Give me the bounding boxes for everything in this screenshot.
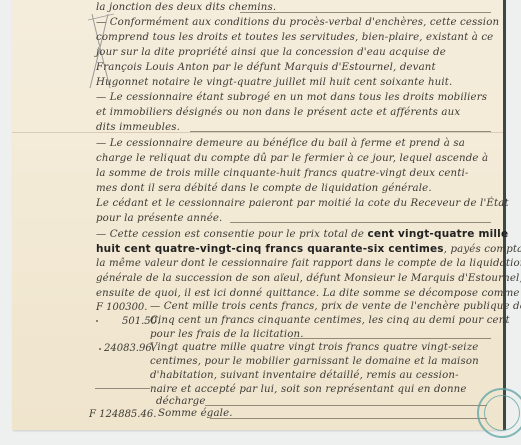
- fill-rule: [190, 131, 491, 132]
- bullet-dot: [99, 348, 101, 350]
- text-line: comprend tous les droits et toutes les s…: [96, 30, 495, 46]
- fill-rule: [290, 338, 491, 339]
- text-line: Le cédant et le cessionnaire paieront pa…: [96, 196, 495, 212]
- text-line: pour la présente année.: [96, 211, 495, 227]
- text-line: la somme de trois mille cinquante-huit f…: [96, 166, 495, 182]
- amount-value: 24083.96.: [104, 343, 155, 354]
- text-line: dits immeubles.: [96, 120, 495, 136]
- text-line: mes dont il sera débité dans le compte d…: [96, 181, 495, 197]
- bullet-dot: [96, 320, 98, 322]
- amount-value: F 100300.: [96, 302, 147, 313]
- text-line: — Cette cession est consentie pour le pr…: [96, 226, 495, 242]
- text-line: — Le cessionnaire demeure au bénéfice du…: [96, 136, 495, 152]
- price-text: huit cent quatre-vingt-cinq francs quara…: [96, 243, 444, 255]
- text-line: François Louis Anton par le défunt Marqu…: [96, 60, 495, 76]
- price-text: cent vingt-quatre mille: [367, 228, 508, 240]
- total-amount: F 124885.46.: [89, 409, 156, 420]
- fill-rule: [230, 222, 491, 223]
- text-line: jour sur la dite propriété ainsi que la …: [96, 45, 495, 61]
- text-line: — Le cessionnaire étant subrogé en un mo…: [96, 90, 495, 106]
- text-line: la même valeur dont le cessionnaire fait…: [96, 256, 495, 272]
- text-segment: — Cette cession est consentie pour le pr…: [96, 229, 367, 240]
- fill-rule: [240, 12, 491, 13]
- text-line: charge le reliquat du compte dû par le f…: [96, 151, 495, 167]
- text-line: — Conformément aux conditions du procès-…: [96, 15, 495, 31]
- fill-rule: [210, 418, 487, 419]
- text-segment: , payés comptant par: [444, 244, 521, 255]
- text-line: huit cent quatre-vingt-cinq francs quara…: [96, 241, 495, 257]
- text-line: générale de la succession de son aïeul, …: [96, 271, 495, 287]
- text-line: la jonction des deux dits chemins.: [96, 0, 495, 16]
- text-line: Hugonnet notaire le vingt-quatre juillet…: [96, 75, 495, 91]
- total-label: Somme égale.: [158, 406, 495, 422]
- fill-rule: [95, 388, 150, 389]
- text-line: et immobiliers désignés ou non dans le p…: [96, 105, 495, 121]
- official-stamp-icon: [477, 388, 521, 438]
- binding-edge: [503, 0, 506, 430]
